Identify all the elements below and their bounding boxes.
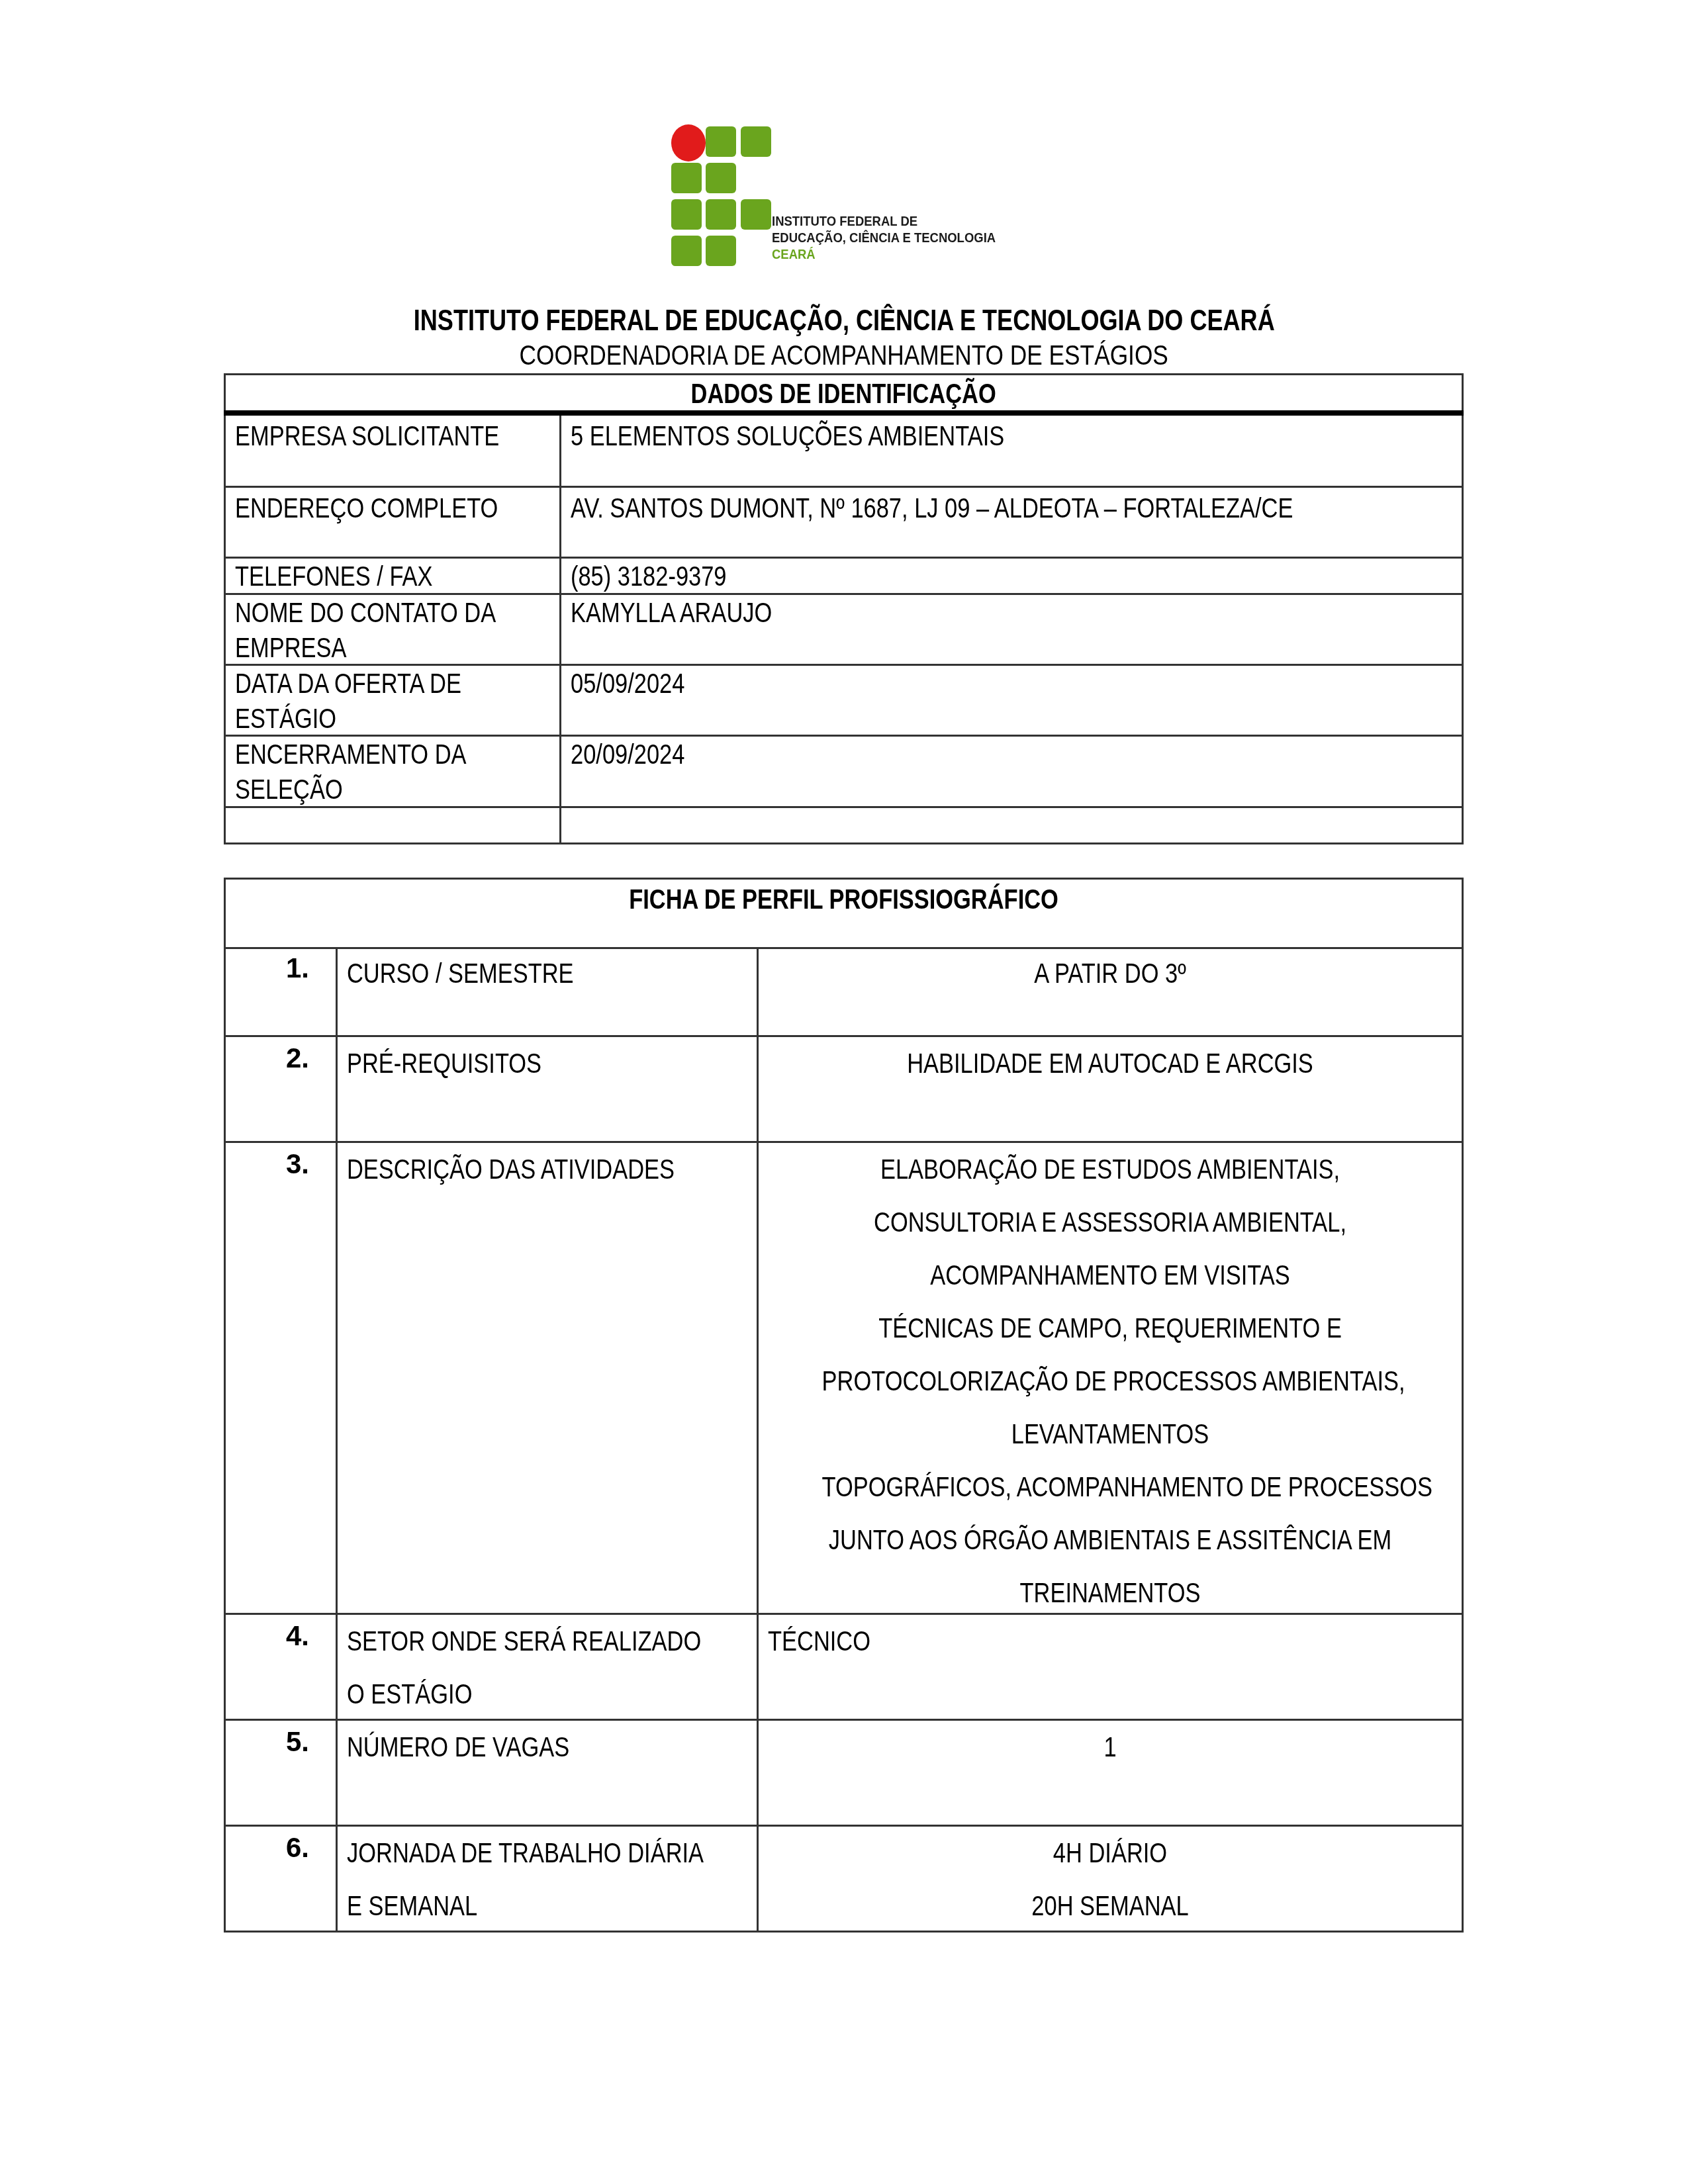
row-label: NÚMERO DE VAGAS bbox=[336, 1721, 757, 1825]
cell-text: 05/09/2024 bbox=[571, 666, 684, 701]
table-row: NOME DO CONTATO DA EMPRESA KAMYLLA ARAUJ… bbox=[224, 595, 1464, 666]
logo-square-icon bbox=[671, 236, 702, 266]
cell-text: CONSULTORIA E ASSESSORIA AMBIENTAL, bbox=[822, 1196, 1399, 1249]
logo-square-icon bbox=[671, 163, 702, 193]
cell-text: DATA DA OFERTA DE bbox=[235, 666, 501, 701]
table-row: 1. CURSO / SEMESTRE A PATIR DO 3º bbox=[224, 947, 1464, 1037]
logo-square-icon bbox=[741, 126, 771, 157]
row-value: 5 ELEMENTOS SOLUÇÕES AMBIENTAIS bbox=[559, 416, 1462, 486]
row-value: 4H DIÁRIO 20H SEMANAL bbox=[757, 1827, 1462, 1931]
cell-text: SETOR ONDE SERÁ REALIZADO bbox=[347, 1615, 683, 1668]
cell-text: TÉCNICO bbox=[768, 1615, 1336, 1668]
logo-text-line3: CEARÁ bbox=[772, 247, 816, 262]
row-label bbox=[226, 808, 559, 842]
cell-text: E SEMANAL bbox=[347, 1880, 683, 1933]
cell-text: JORNADA DE TRABALHO DIÁRIA bbox=[347, 1827, 683, 1880]
cell-text: 20/09/2024 bbox=[571, 737, 684, 772]
cell-text: TOPOGRÁFICOS, ACOMPANHAMENTO DE PROCESSO… bbox=[822, 1461, 1399, 1514]
department-subtitle-text: COORDENADORIA DE ACOMPANHAMENTO DE ESTÁG… bbox=[520, 340, 1168, 372]
cell-text: SELEÇÃO bbox=[235, 772, 501, 807]
row-label: CURSO / SEMESTRE bbox=[336, 947, 757, 1035]
identification-table-title: DADOS DE IDENTIFICAÇÃO bbox=[224, 373, 1464, 410]
logo-square-icon bbox=[706, 163, 736, 193]
cell-text: 1 bbox=[822, 1721, 1399, 1774]
row-value: AV. SANTOS DUMONT, Nº 1687, LJ 09 – ALDE… bbox=[559, 488, 1462, 557]
table-row: 2. PRÉ-REQUISITOS HABILIDADE EM AUTOCAD … bbox=[224, 1037, 1464, 1143]
row-value: 1 bbox=[757, 1721, 1462, 1825]
row-value: TÉCNICO bbox=[757, 1615, 1462, 1719]
row-number: 6. bbox=[226, 1827, 336, 1931]
row-label: EMPRESA SOLICITANTE bbox=[226, 416, 559, 486]
cell-text: JUNTO AOS ÓRGÃO AMBIENTAIS E ASSITÊNCIA … bbox=[822, 1514, 1399, 1567]
row-number: 3. bbox=[226, 1143, 336, 1613]
row-value: 20/09/2024 bbox=[559, 737, 1462, 806]
row-number: 2. bbox=[226, 1037, 336, 1141]
logo-text-line2: EDUCAÇÃO, CIÊNCIA E TECNOLOGIA bbox=[772, 230, 996, 246]
cell-text: CURSO / SEMESTRE bbox=[347, 947, 683, 1000]
cell-text: LEVANTAMENTOS bbox=[822, 1408, 1399, 1461]
cell-text: EMPRESA SOLICITANTE bbox=[235, 418, 499, 453]
table-row-empty bbox=[224, 808, 1464, 844]
cell-text: A PATIR DO 3º bbox=[822, 947, 1399, 1000]
logo-square-icon bbox=[706, 236, 736, 266]
row-label: NOME DO CONTATO DA EMPRESA bbox=[226, 595, 559, 664]
institution-logo: INSTITUTO FEDERAL DE EDUCAÇÃO, CIÊNCIA E… bbox=[671, 124, 1042, 277]
cell-text: EMPRESA bbox=[235, 630, 501, 665]
cell-text: PROTOCOLORIZAÇÃO DE PROCESSOS AMBIENTAIS… bbox=[822, 1355, 1399, 1408]
row-number: 4. bbox=[226, 1615, 336, 1719]
logo-red-circle-icon bbox=[671, 124, 706, 161]
logo-square-icon bbox=[706, 126, 736, 157]
row-label: TELEFONES / FAX bbox=[226, 559, 559, 593]
table-row: 6. JORNADA DE TRABALHO DIÁRIA E SEMANAL … bbox=[224, 1827, 1464, 1933]
cell-text: NOME DO CONTATO DA bbox=[235, 595, 501, 630]
cell-text: AV. SANTOS DUMONT, Nº 1687, LJ 09 – ALDE… bbox=[571, 490, 1293, 525]
cell-text: ENDEREÇO COMPLETO bbox=[235, 490, 498, 525]
row-value bbox=[559, 808, 1462, 842]
identification-title-text: DADOS DE IDENTIFICAÇÃO bbox=[691, 375, 996, 412]
cell-text: HABILIDADE EM AUTOCAD E ARCGIS bbox=[822, 1037, 1399, 1090]
table-row: 4. SETOR ONDE SERÁ REALIZADO O ESTÁGIO T… bbox=[224, 1615, 1464, 1721]
row-number: 1. bbox=[226, 947, 336, 1035]
row-label: JORNADA DE TRABALHO DIÁRIA E SEMANAL bbox=[336, 1827, 757, 1931]
table-row: 3. DESCRIÇÃO DAS ATIVIDADES ELABORAÇÃO D… bbox=[224, 1143, 1464, 1615]
cell-text: TÉCNICAS DE CAMPO, REQUERIMENTO E bbox=[822, 1302, 1399, 1355]
row-number: 5. bbox=[226, 1721, 336, 1825]
cell-text: NÚMERO DE VAGAS bbox=[347, 1721, 683, 1774]
cell-text: ESTÁGIO bbox=[235, 701, 501, 736]
row-label: DESCRIÇÃO DAS ATIVIDADES bbox=[336, 1143, 757, 1613]
table-row: DATA DA OFERTA DE ESTÁGIO 05/09/2024 bbox=[224, 666, 1464, 737]
row-label: ENCERRAMENTO DA SELEÇÃO bbox=[226, 737, 559, 806]
logo-text-line1: INSTITUTO FEDERAL DE bbox=[772, 213, 917, 230]
cell-text: (85) 3182-9379 bbox=[571, 559, 727, 594]
cell-text: DESCRIÇÃO DAS ATIVIDADES bbox=[347, 1143, 683, 1196]
cell-text: 20H SEMANAL bbox=[822, 1880, 1399, 1933]
row-value: ELABORAÇÃO DE ESTUDOS AMBIENTAIS, CONSUL… bbox=[757, 1143, 1462, 1613]
thick-divider bbox=[224, 410, 1464, 416]
cell-text: 4H DIÁRIO bbox=[822, 1827, 1399, 1880]
table-row: ENDEREÇO COMPLETO AV. SANTOS DUMONT, Nº … bbox=[224, 488, 1464, 559]
table-row: ENCERRAMENTO DA SELEÇÃO 20/09/2024 bbox=[224, 737, 1464, 808]
institution-title-text: INSTITUTO FEDERAL DE EDUCAÇÃO, CIÊNCIA E… bbox=[414, 304, 1275, 338]
row-label: ENDEREÇO COMPLETO bbox=[226, 488, 559, 557]
logo-square-icon bbox=[741, 199, 771, 230]
row-value: 05/09/2024 bbox=[559, 666, 1462, 735]
cell-text: TREINAMENTOS bbox=[822, 1567, 1399, 1619]
profile-table-title: FICHA DE PERFIL PROFISSIOGRÁFICO bbox=[224, 878, 1464, 949]
cell-text: ACOMPANHAMENTO EM VISITAS bbox=[822, 1249, 1399, 1302]
cell-text: KAMYLLA ARAUJO bbox=[571, 595, 772, 630]
table-row: TELEFONES / FAX (85) 3182-9379 bbox=[224, 559, 1464, 595]
cell-text: ELABORAÇÃO DE ESTUDOS AMBIENTAIS, bbox=[822, 1143, 1399, 1196]
cell-text: 5 ELEMENTOS SOLUÇÕES AMBIENTAIS bbox=[571, 418, 1004, 453]
row-value: A PATIR DO 3º bbox=[757, 947, 1462, 1035]
cell-text: PRÉ-REQUISITOS bbox=[347, 1037, 683, 1090]
cell-text: O ESTÁGIO bbox=[347, 1668, 683, 1721]
cell-text: TELEFONES / FAX bbox=[235, 559, 433, 594]
row-label: DATA DA OFERTA DE ESTÁGIO bbox=[226, 666, 559, 735]
row-label: SETOR ONDE SERÁ REALIZADO O ESTÁGIO bbox=[336, 1615, 757, 1719]
table-row: EMPRESA SOLICITANTE 5 ELEMENTOS SOLUÇÕES… bbox=[224, 416, 1464, 488]
row-label: PRÉ-REQUISITOS bbox=[336, 1037, 757, 1141]
logo-square-icon bbox=[671, 199, 702, 230]
row-value: (85) 3182-9379 bbox=[559, 559, 1462, 593]
profile-title-text: FICHA DE PERFIL PROFISSIOGRÁFICO bbox=[629, 884, 1058, 915]
department-subtitle: COORDENADORIA DE ACOMPANHAMENTO DE ESTÁG… bbox=[0, 340, 1688, 372]
row-value: KAMYLLA ARAUJO bbox=[559, 595, 1462, 664]
row-value: HABILIDADE EM AUTOCAD E ARCGIS bbox=[757, 1037, 1462, 1141]
institution-title: INSTITUTO FEDERAL DE EDUCAÇÃO, CIÊNCIA E… bbox=[0, 304, 1688, 338]
cell-text: ENCERRAMENTO DA bbox=[235, 737, 501, 772]
logo-square-icon bbox=[706, 199, 736, 230]
table-row: 5. NÚMERO DE VAGAS 1 bbox=[224, 1721, 1464, 1827]
